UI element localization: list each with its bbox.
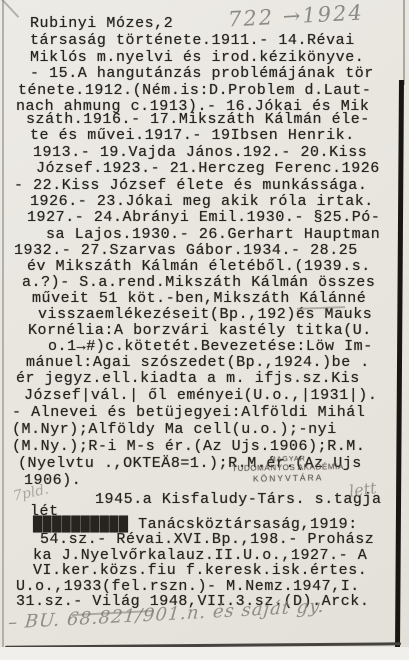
typed-line: Rubinyi Mózes,2 [30, 16, 173, 32]
scan-background [0, 647, 409, 660]
typed-line: ténete.1912.(Ném.is:D.Problem d.Laut- [18, 83, 371, 99]
library-stamp: MAGYAR TUDOMÁNYOS AKADÉMIA KÖNYVTÁRA [220, 455, 356, 484]
typed-line: - Alnevei és betüjegyei:Alföldi Mihál [12, 405, 365, 421]
typed-line: - 15.A hangutánzás problémájának tör [30, 66, 374, 82]
typed-line: 54.sz.- Révai.XVI.Bp.,198.- Prohász [40, 532, 374, 548]
typed-line: VI.ker.közs.fiu f.keresk.isk.értes. [33, 563, 367, 579]
card-right-border [403, 0, 405, 85]
catalog-card-scan: Rubinyi Mózes,2társaság története.1911.-… [0, 0, 409, 660]
typed-line: te és művei.1917.- 19Ibsen Henrik. [30, 128, 355, 144]
typed-line: 1927.- 24.Abrányi Emil.1930.- §25.Pó- [27, 210, 380, 226]
typed-line: társaság története.1911.- 14.Révai [30, 33, 355, 49]
card-left-edge [2, 0, 4, 660]
typed-line: 1913.- 19.Vajda János.192.- 20.Kiss [33, 145, 367, 161]
typed-line: mánuel:Agai szószedet(Bp.,1924.)be . [26, 355, 370, 371]
typed-line: (M.Ny.);R-i M-s ér.(Az Ujs.1906);R.M. [12, 439, 365, 455]
scan-right-shadow [395, 80, 404, 650]
typed-line: 1932.- 27.Szarvas Gábor.1934.- 28.25 [14, 243, 358, 259]
typed-line: sa Lajos.1930.- 26.Gerhart Hauptman [46, 227, 380, 243]
typed-line: o.1→#)c.kötetét.Bevezetése:Löw Im- [48, 339, 373, 355]
typed-line: év Mikszáth Kálmán életéből.(1939.s. [27, 259, 371, 275]
typed-line: 1945.a Kisfaludy-Társ. s.tagja [95, 492, 382, 508]
typed-line: a.?)- S.a.rend.Mikszáth Kálmán összes [22, 275, 375, 291]
typed-line: (M.Nyr);Alföldy Ma cell(u.o.);-nyi [12, 422, 337, 438]
typed-line: - 22.Kiss József élete és munkássága. [14, 178, 367, 194]
typed-line: száth.1916.- 17.Mikszáth Kálmán éle- [26, 112, 370, 128]
typed-line: József.1923.- 21.Herczeg Ferenc.1926 [36, 161, 380, 177]
typed-line: József|vál.| ől eményei(U.o.,|1931|). [24, 388, 377, 404]
stamp-line-3: KÖNYVTÁRA [220, 472, 356, 484]
handwritten-date-note: 722 →1924 [227, 0, 364, 31]
handwritten-copies-note: 7pld. [12, 481, 50, 504]
typed-line: műveit 51 köt.-ben,Mikszáth Kálánné [32, 291, 366, 307]
typed-line: 1926.- 23.Jókai meg akik róla irtak. [30, 194, 374, 210]
typed-line: ér jegyz.ell.kiadta a m. ifjs.sz.Kis [16, 371, 360, 387]
typed-line: visszaemlékezéseit(Bp.,192)és Mauks [38, 307, 372, 323]
handwritten-lett-note: lett [348, 478, 378, 501]
typed-line: Kornélia:A borzvári kastély titka(U. [28, 323, 372, 339]
typed-line: Miklós m.nyelvi és irod.kézikönyve. [30, 50, 364, 66]
